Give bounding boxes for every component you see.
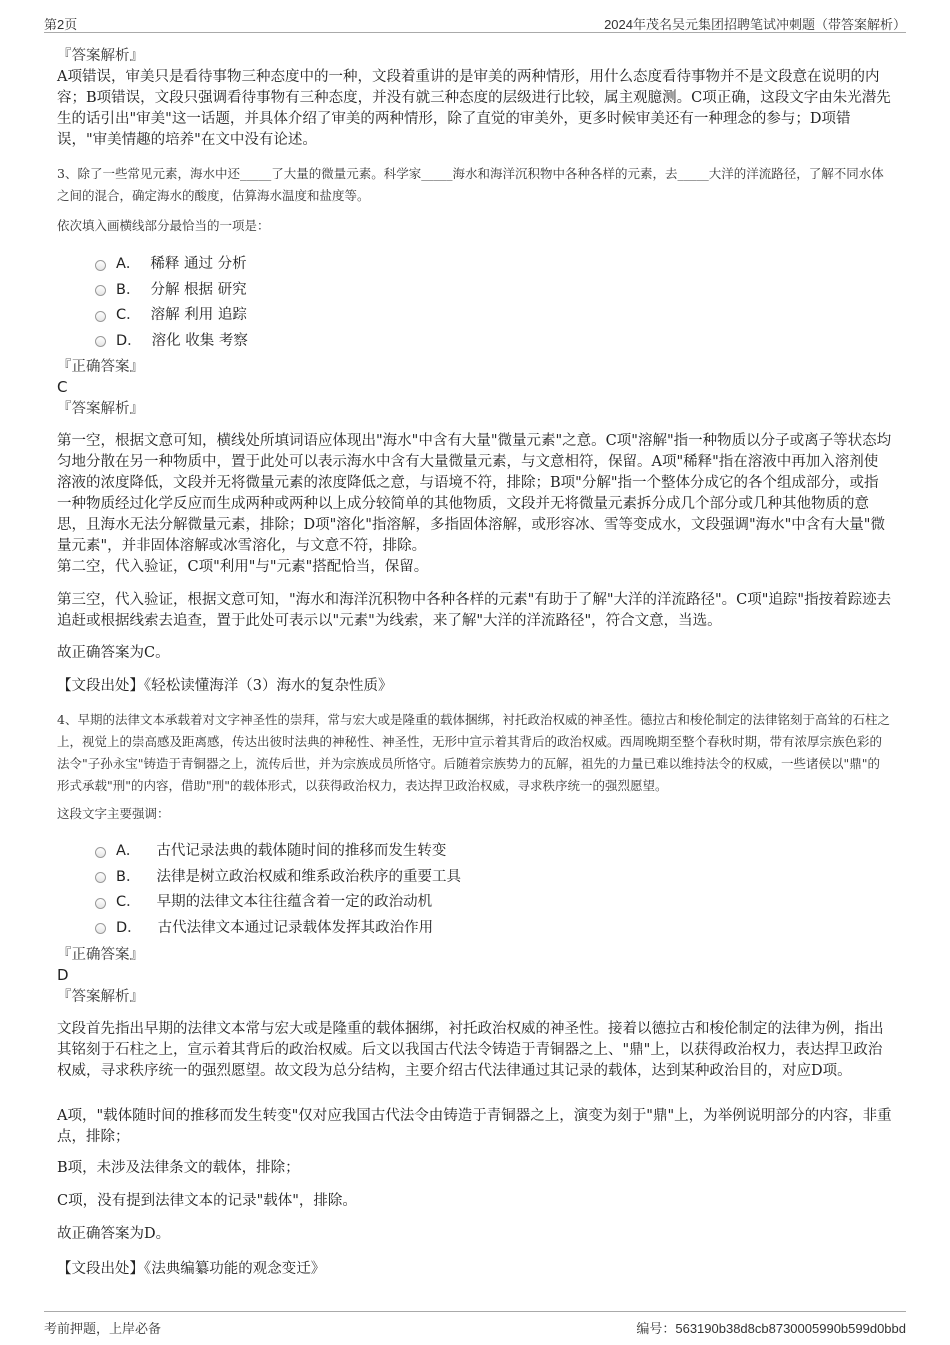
option-d[interactable]: D． 古代法律文本通过记录载体发挥其政治作用 xyxy=(95,914,461,940)
question-4-options: A． 古代记录法典的载体随时间的推移而发生转变 B． 法律是树立政治权威和维系政… xyxy=(95,837,461,939)
question-4-analysis-c: C项，没有提到法律文本的记录"载体"，排除。 xyxy=(57,1191,892,1212)
analysis-paragraph: 第二空，代入验证，C项"利用"与"元素"搭配恰当，保留。 xyxy=(57,557,892,578)
question-4-analysis-b: B项，未涉及法律条文的载体，排除； xyxy=(57,1158,892,1179)
option-letter: A． xyxy=(116,839,140,860)
option-text: 早期的法律文本往往蕴含着一定的政治动机 xyxy=(157,890,433,911)
option-text: 溶解 利用 追踪 xyxy=(151,303,247,324)
option-text: 古代记录法典的载体随时间的推移而发生转变 xyxy=(156,839,446,860)
analysis-paragraph: 故正确答案为D。 xyxy=(57,1224,892,1245)
option-a[interactable]: A． 稀释 通过 分析 xyxy=(95,250,248,276)
radio-button[interactable] xyxy=(95,847,106,858)
question-prompt: 这段文字主要强调： xyxy=(57,803,892,825)
option-letter: B． xyxy=(116,865,140,886)
question-4-prompt: 这段文字主要强调： xyxy=(57,803,892,825)
document-title: 2024年茂名吴元集团招聘笔试冲刺题（带答案解析） xyxy=(604,14,906,33)
question-3-answer: 『正确答案』 C 『答案解析』 xyxy=(57,357,892,420)
question-3-analysis: 第一空，根据文意可知，横线处所填词语应体现出"海水"中含有大量"微量元素"之意。… xyxy=(57,431,892,557)
option-letter: B． xyxy=(116,278,140,299)
question-stem: 3、除了一些常见元素，海水中还_____了大量的微量元素。科学家_____海水和… xyxy=(57,163,892,207)
analysis-paragraph: B项，未涉及法律条文的载体，排除； xyxy=(57,1158,892,1179)
page-footer: 考前押题，上岸必备 编号：563190b38d8cb8730005990b599… xyxy=(44,1311,906,1342)
prev-question-analysis: 『答案解析』 A项错误，审美只是看待事物三种态度中的一种，文段着重讲的是审美的两… xyxy=(57,46,892,151)
option-text: 法律是树立政治权威和维系政治秩序的重要工具 xyxy=(156,865,461,886)
analysis-label: 『答案解析』 xyxy=(57,46,892,67)
source-citation: 【文段出处】《法典编纂功能的观念变迁》 xyxy=(57,1259,892,1280)
correct-answer: C xyxy=(57,378,892,396)
analysis-paragraph: A项，"载体随时间的推移而发生转变"仅对应我国古代法令由铸造于青铜器之上，演变为… xyxy=(57,1106,892,1148)
question-3-conclusion: 故正确答案为C。 xyxy=(57,643,892,664)
page-number: 第2页 xyxy=(44,14,77,33)
option-text: 古代法律文本通过记录载体发挥其政治作用 xyxy=(158,916,434,937)
analysis-paragraph: 第三空，代入验证，根据文意可知，"海水和海洋沉积物中各种各样的元素"有助于了解"… xyxy=(57,590,892,632)
radio-button[interactable] xyxy=(95,872,106,883)
question-4-analysis-a: A项，"载体随时间的推移而发生转变"仅对应我国古代法令由铸造于青铜器之上，演变为… xyxy=(57,1106,892,1148)
option-d[interactable]: D． 溶化 收集 考察 xyxy=(95,327,248,353)
question-3-stem: 3、除了一些常见元素，海水中还_____了大量的微量元素。科学家_____海水和… xyxy=(57,163,892,207)
option-text: 稀释 通过 分析 xyxy=(150,252,246,273)
option-letter: C． xyxy=(116,303,141,324)
option-c[interactable]: C． 溶解 利用 追踪 xyxy=(95,301,248,327)
analysis-label: 『答案解析』 xyxy=(57,987,892,1008)
source-citation: 【文段出处】《轻松读懂海洋（3）海水的复杂性质》 xyxy=(57,676,892,697)
option-letter: A． xyxy=(116,252,140,273)
option-letter: C． xyxy=(116,890,141,911)
option-b[interactable]: B． 法律是树立政治权威和维系政治秩序的重要工具 xyxy=(95,863,461,889)
question-3-source: 【文段出处】《轻松读懂海洋（3）海水的复杂性质》 xyxy=(57,676,892,697)
option-a[interactable]: A． 古代记录法典的载体随时间的推移而发生转变 xyxy=(95,837,461,863)
footer-slogan: 考前押题，上岸必备 xyxy=(44,1318,161,1337)
question-3-options: A． 稀释 通过 分析 B． 分解 根据 研究 C． 溶解 利用 追踪 D． 溶… xyxy=(95,250,248,352)
question-4-analysis: 文段首先指出早期的法律文本常与宏大或是隆重的载体捆绑，衬托政治权威的神圣性。接着… xyxy=(57,1019,892,1082)
correct-answer-label: 『正确答案』 xyxy=(57,357,892,378)
question-3-prompt: 依次填入画横线部分最恰当的一项是： xyxy=(57,215,892,237)
option-letter: D． xyxy=(116,329,142,350)
page-header: 第2页 2024年茂名吴元集团招聘笔试冲刺题（带答案解析） xyxy=(44,10,906,33)
question-3-analysis-3: 第三空，代入验证，根据文意可知，"海水和海洋沉积物中各种各样的元素"有助于了解"… xyxy=(57,590,892,632)
correct-answer-label: 『正确答案』 xyxy=(57,945,892,966)
radio-button[interactable] xyxy=(95,285,106,296)
question-3-analysis-2: 第二空，代入验证，C项"利用"与"元素"搭配恰当，保留。 xyxy=(57,557,892,578)
question-4-conclusion: 故正确答案为D。 xyxy=(57,1224,892,1245)
option-text: 分解 根据 研究 xyxy=(150,278,246,299)
question-4-source: 【文段出处】《法典编纂功能的观念变迁》 xyxy=(57,1259,892,1280)
option-text: 溶化 收集 考察 xyxy=(152,329,248,350)
question-stem: 4、早期的法律文本承载着对文字神圣性的崇拜，常与宏大或是隆重的载体捆绑，衬托政治… xyxy=(57,709,892,797)
analysis-text: A项错误，审美只是看待事物三种态度中的一种，文段着重讲的是审美的两种情形，用什么… xyxy=(57,67,892,151)
question-4-answer: 『正确答案』 D 『答案解析』 xyxy=(57,945,892,1008)
analysis-paragraph: 第一空，根据文意可知，横线处所填词语应体现出"海水"中含有大量"微量元素"之意。… xyxy=(57,431,892,557)
radio-button[interactable] xyxy=(95,311,106,322)
radio-button[interactable] xyxy=(95,336,106,347)
question-4-stem: 4、早期的法律文本承载着对文字神圣性的崇拜，常与宏大或是隆重的载体捆绑，衬托政治… xyxy=(57,709,892,797)
option-b[interactable]: B． 分解 根据 研究 xyxy=(95,276,248,302)
analysis-paragraph: C项，没有提到法律文本的记录"载体"，排除。 xyxy=(57,1191,892,1212)
option-letter: D． xyxy=(116,916,142,937)
analysis-paragraph: 文段首先指出早期的法律文本常与宏大或是隆重的载体捆绑，衬托政治权威的神圣性。接着… xyxy=(57,1019,892,1082)
analysis-paragraph: 故正确答案为C。 xyxy=(57,643,892,664)
radio-button[interactable] xyxy=(95,923,106,934)
radio-button[interactable] xyxy=(95,898,106,909)
radio-button[interactable] xyxy=(95,260,106,271)
option-c[interactable]: C． 早期的法律文本往往蕴含着一定的政治动机 xyxy=(95,888,461,914)
analysis-label: 『答案解析』 xyxy=(57,399,892,420)
document-serial: 编号：563190b38d8cb8730005990b599d0bbd xyxy=(636,1318,906,1337)
question-prompt: 依次填入画横线部分最恰当的一项是： xyxy=(57,215,892,237)
correct-answer: D xyxy=(57,966,892,984)
